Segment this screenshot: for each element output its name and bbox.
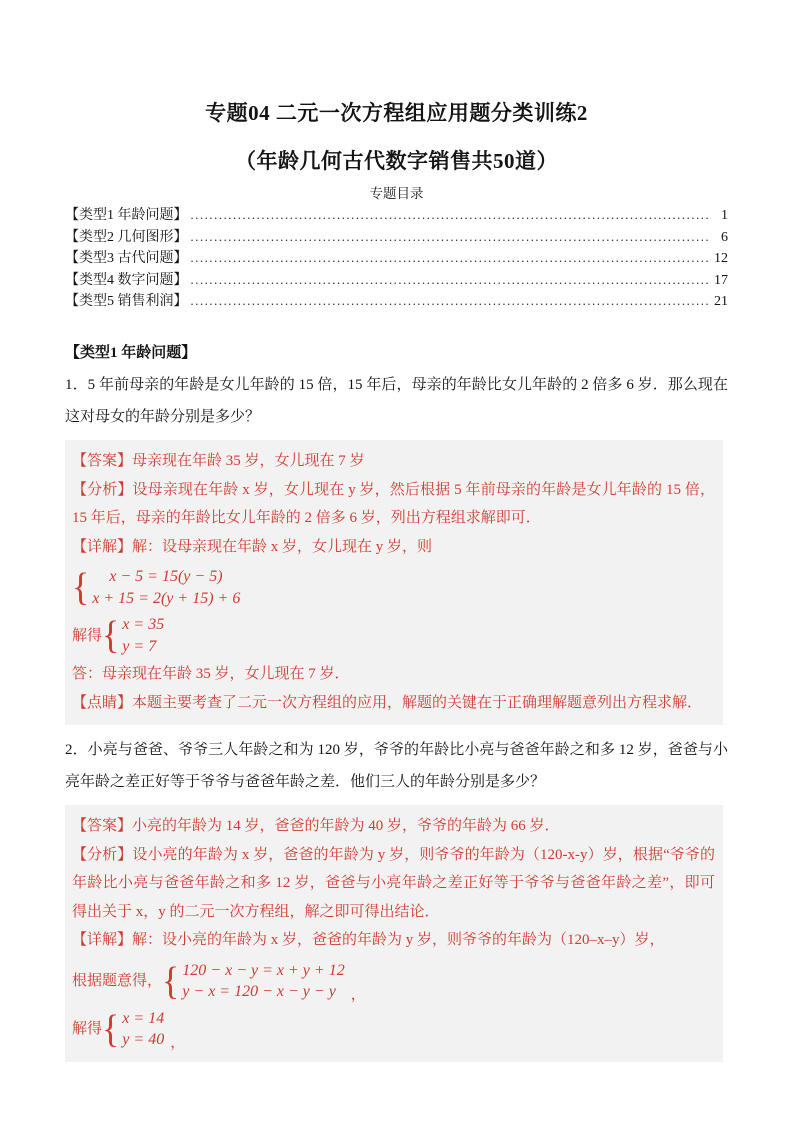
problem1-analysis: 【分析】设母亲现在年龄 x 岁，女儿现在 y 岁，然后根据 5 年前母亲的年龄是… [72, 476, 715, 533]
equation-line: 120 − x − y = x + y + 12 [182, 960, 344, 982]
toc-page-number: 21 [712, 294, 728, 310]
equation-suffix: ， [351, 987, 366, 1003]
problem1-detail: 【详解】解：设母亲现在年龄 x 岁，女儿现在 y 岁，则 [72, 533, 715, 562]
toc-item-digits[interactable]: 【类型4 数字问题】 17 [65, 269, 728, 291]
toc-page-number: 17 [712, 273, 728, 289]
problem2-solution-block: 【答案】小亮的年龄为 14 岁，爸爸的年龄为 40 岁，爷爷的年龄为 66 岁．… [65, 805, 723, 1062]
toc-dot-leader [191, 273, 710, 288]
toc-item-label: 【类型3 古代问题】 [65, 247, 188, 267]
page-subtitle: （年龄几何古代数字销售共50道） [0, 145, 793, 175]
document-body: 【类型1 年龄问题】 1．5 年前母亲的年龄是女儿年龄的 15 倍，15 年后，… [65, 341, 728, 1062]
problem1-solution-block: 【答案】母亲现在年龄 35 岁，女儿现在 7 岁 【分析】设母亲现在年龄 x 岁… [65, 440, 723, 725]
toc-dot-leader [191, 208, 710, 223]
problem2-analysis: 【分析】设小亮的年龄为 x 岁，爸爸的年龄为 y 岁，则爷爷的年龄为（120-x… [72, 841, 715, 927]
left-brace-icon [102, 618, 119, 653]
toc-item-ancient[interactable]: 【类型3 古代问题】 12 [65, 247, 728, 269]
left-brace-icon [72, 570, 89, 605]
equation-line: x = 35 [122, 614, 164, 636]
problem2-answer: 【答案】小亮的年龄为 14 岁，爸爸的年龄为 40 岁，爷爷的年龄为 66 岁． [72, 812, 715, 841]
problem1-conclusion: 答：母亲现在年龄 35 岁，女儿现在 7 岁． [72, 660, 715, 689]
toc-heading: 专题目录 [0, 182, 793, 202]
equation-line: x − 5 = 15(y − 5) [92, 566, 240, 588]
toc-item-age[interactable]: 【类型1 年龄问题】 1 [65, 204, 728, 226]
equation-line: y = 40 [122, 1029, 164, 1051]
problem1-answer: 【答案】母亲现在年龄 35 岁，女儿现在 7 岁 [72, 447, 715, 476]
equation-line: x = 14 [122, 1008, 164, 1030]
toc-item-label: 【类型1 年龄问题】 [65, 204, 188, 224]
solve-label: 解得 [72, 625, 102, 647]
problem1-note: 【点睛】本题主要考查了二元一次方程组的应用，解题的关键在于正确理解题意列出方程求… [72, 689, 715, 718]
page-title: 专题04 二元一次方程组应用题分类训练2 [0, 97, 793, 127]
system-label: 根据题意得， [72, 970, 162, 992]
toc-item-label: 【类型2 几何图形】 [65, 226, 188, 246]
toc-dot-leader [191, 251, 710, 266]
equation-line: x + 15 = 2(y + 15) + 6 [92, 588, 240, 610]
solve-label: 解得 [72, 1018, 102, 1040]
problem1-statement: 1．5 年前母亲的年龄是女儿年龄的 15 倍，15 年后，母亲的年龄比女儿年龄的… [65, 370, 728, 433]
toc-dot-leader [191, 294, 710, 309]
toc-page-number: 6 [712, 230, 728, 246]
toc-page-number: 12 [712, 251, 728, 267]
equation-line: y − x = 120 − x − y − y [182, 981, 344, 1003]
toc-item-sales[interactable]: 【类型5 销售利润】 21 [65, 290, 728, 312]
problem2-detail: 【详解】解：设小亮的年龄为 x 岁，爸爸的年龄为 y 岁，则爷爷的年龄为（120… [72, 926, 715, 955]
problem2-statement: 2．小亮与爸爸、爷爷三人年龄之和为 120 岁，爷爷的年龄比小亮与爸爸年龄之和多… [65, 735, 728, 798]
equation-line: y = 7 [122, 636, 164, 658]
left-brace-icon [102, 1012, 119, 1047]
document-page: 专题04 二元一次方程组应用题分类训练2 （年龄几何古代数字销售共50道） 专题… [0, 0, 793, 1122]
problem2-solution-system: 解得 x = 14 y = 40 ， [72, 1008, 715, 1051]
table-of-contents: 【类型1 年龄问题】 1 【类型2 几何图形】 6 【类型3 古代问题】 12 … [65, 204, 728, 312]
toc-item-label: 【类型5 销售利润】 [65, 290, 188, 310]
toc-item-label: 【类型4 数字问题】 [65, 269, 188, 289]
section-heading: 【类型1 年龄问题】 [65, 341, 728, 362]
equation-suffix: ， [170, 1035, 185, 1051]
toc-item-geometry[interactable]: 【类型2 几何图形】 6 [65, 226, 728, 248]
left-brace-icon [162, 964, 179, 999]
toc-page-number: 1 [712, 208, 728, 224]
problem1-solution-system: 解得 x = 35 y = 7 [72, 614, 715, 657]
problem2-equation-system: 根据题意得， 120 − x − y = x + y + 12 y − x = … [72, 960, 715, 1003]
problem1-equation-system: x − 5 = 15(y − 5) x + 15 = 2(y + 15) + 6 [72, 566, 715, 609]
toc-dot-leader [191, 230, 710, 245]
